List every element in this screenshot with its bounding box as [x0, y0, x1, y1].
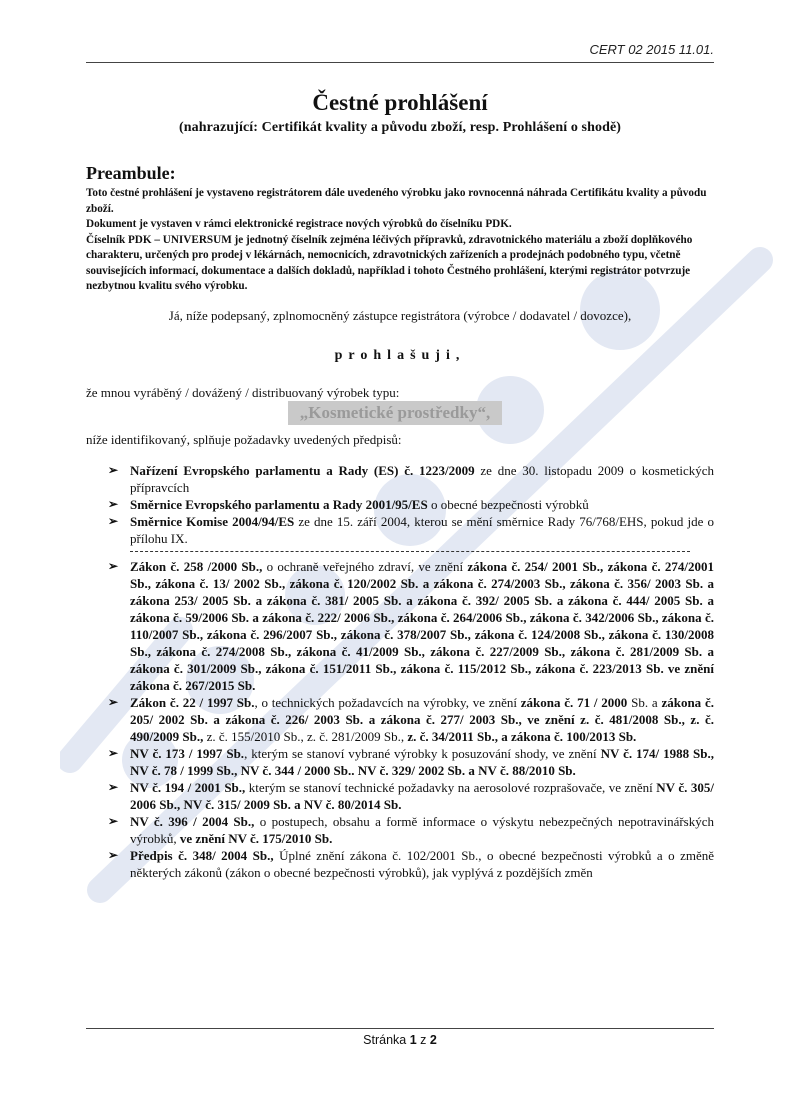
- regulation-citation: zákona č. 71 / 2000: [521, 695, 628, 710]
- arrow-bullet-icon: ➢: [108, 462, 118, 479]
- regulation-item: ➢NV č. 396 / 2004 Sb., o postupech, obsa…: [108, 813, 714, 847]
- eu-regulations-group: ➢Nařízení Evropského parlamentu a Rady (…: [108, 462, 714, 547]
- arrow-bullet-icon: ➢: [108, 779, 118, 796]
- document-title: Čestné prohlášení: [0, 90, 800, 116]
- regulation-citation: zákona č. 254/ 2001 Sb., zákona č. 274/2…: [130, 559, 714, 693]
- regulations-list: ➢Nařízení Evropského parlamentu a Rady (…: [108, 462, 714, 881]
- page-number: Stránka 1 z 2: [0, 1033, 800, 1047]
- regulation-citation: z. č. 34/2011 Sb., a zákona č. 100/2013 …: [407, 729, 636, 744]
- regulation-item: ➢NV č. 173 / 1997 Sb., kterým se stanoví…: [108, 745, 714, 779]
- dashed-separator: [130, 551, 690, 552]
- regulation-citation: NV č. 194 / 2001 Sb.,: [130, 780, 245, 795]
- regulation-item: ➢Nařízení Evropského parlamentu a Rady (…: [108, 462, 714, 496]
- product-type-highlight: „Kosmetické prostředky“,: [288, 401, 502, 425]
- arrow-bullet-icon: ➢: [108, 513, 118, 530]
- arrow-bullet-icon: ➢: [108, 745, 118, 762]
- current-page: 1: [410, 1033, 417, 1047]
- document-subtitle: (nahrazující: Certifikát kvality a původ…: [0, 120, 800, 136]
- product-intro: že mnou vyráběný / dovážený / distribuov…: [86, 385, 399, 401]
- regulation-description: , o technických požadavcích na výrobky, …: [254, 695, 520, 710]
- footer-divider: [86, 1028, 714, 1029]
- regulation-description: Sb. a: [627, 695, 661, 710]
- declarant-statement: Já, níže podepsaný, zplnomocněný zástupc…: [0, 308, 800, 324]
- regulation-citation: Směrnice Komise 2004/94/ES: [130, 514, 294, 529]
- regulation-description: o obecné bezpečnosti výrobků: [428, 497, 589, 512]
- arrow-bullet-icon: ➢: [108, 847, 118, 864]
- regulation-item: ➢Směrnice Komise 2004/94/ES ze dne 15. z…: [108, 513, 714, 547]
- regulation-item: ➢Zákon č. 258 /2000 Sb., o ochraně veřej…: [108, 558, 714, 694]
- czech-regulations-group: ➢Zákon č. 258 /2000 Sb., o ochraně veřej…: [108, 558, 714, 881]
- document-reference: CERT 02 2015 11.01.: [589, 42, 714, 57]
- regulation-item: ➢Směrnice Evropského parlamentu a Rady 2…: [108, 496, 714, 513]
- page-label: Stránka: [363, 1033, 406, 1047]
- preamble-paragraph: Číselník PDK – UNIVERSUM je jednotný čís…: [86, 233, 726, 295]
- regulation-item: ➢Předpis č. 348/ 2004 Sb., Úplné znění z…: [108, 847, 714, 881]
- regulation-citation: Nařízení Evropského parlamentu a Rady (E…: [130, 463, 475, 478]
- regulation-citation: Směrnice Evropského parlamentu a Rady 20…: [130, 497, 428, 512]
- regulation-citation: NV č. 396 / 2004 Sb.,: [130, 814, 254, 829]
- arrow-bullet-icon: ➢: [108, 558, 118, 575]
- preamble-paragraph: Dokument je vystaven v rámci elektronick…: [86, 217, 726, 233]
- regulation-citation: NV č. 173 / 1997 Sb.: [130, 746, 244, 761]
- preamble-paragraph: Toto čestné prohlášení je vystaveno regi…: [86, 186, 726, 217]
- regulation-item: ➢Zákon č. 22 / 1997 Sb., o technických p…: [108, 694, 714, 745]
- regulation-citation: Předpis č. 348/ 2004 Sb.,: [130, 848, 274, 863]
- regulation-citation: Zákon č. 22 / 1997 Sb.: [130, 695, 254, 710]
- arrow-bullet-icon: ➢: [108, 694, 118, 711]
- regulation-description: o ochraně veřejného zdraví, ve znění: [262, 559, 467, 574]
- regulation-citation: ve znění NV č. 175/2010 Sb.: [180, 831, 333, 846]
- regulation-item: ➢NV č. 194 / 2001 Sb., kterým se stanoví…: [108, 779, 714, 813]
- arrow-bullet-icon: ➢: [108, 813, 118, 830]
- regulation-citation: Zákon č. 258 /2000 Sb.,: [130, 559, 262, 574]
- regulation-description: , kterým se stanoví vybrané výrobky k po…: [244, 746, 601, 761]
- preamble-text: Toto čestné prohlášení je vystaveno regi…: [86, 186, 726, 295]
- total-pages: 2: [430, 1033, 437, 1047]
- preamble-heading: Preambule:: [86, 163, 176, 184]
- declaration-verb: prohlašuji,: [0, 348, 800, 364]
- page-separator: z: [420, 1033, 426, 1047]
- regulation-description: z. č. 155/2010 Sb., z. č. 281/2009 Sb.,: [203, 729, 407, 744]
- header-divider: [86, 62, 714, 63]
- compliance-intro: níže identifikovaný, splňuje požadavky u…: [86, 432, 402, 448]
- regulation-description: kterým se stanoví technické požadavky na…: [245, 780, 656, 795]
- arrow-bullet-icon: ➢: [108, 496, 118, 513]
